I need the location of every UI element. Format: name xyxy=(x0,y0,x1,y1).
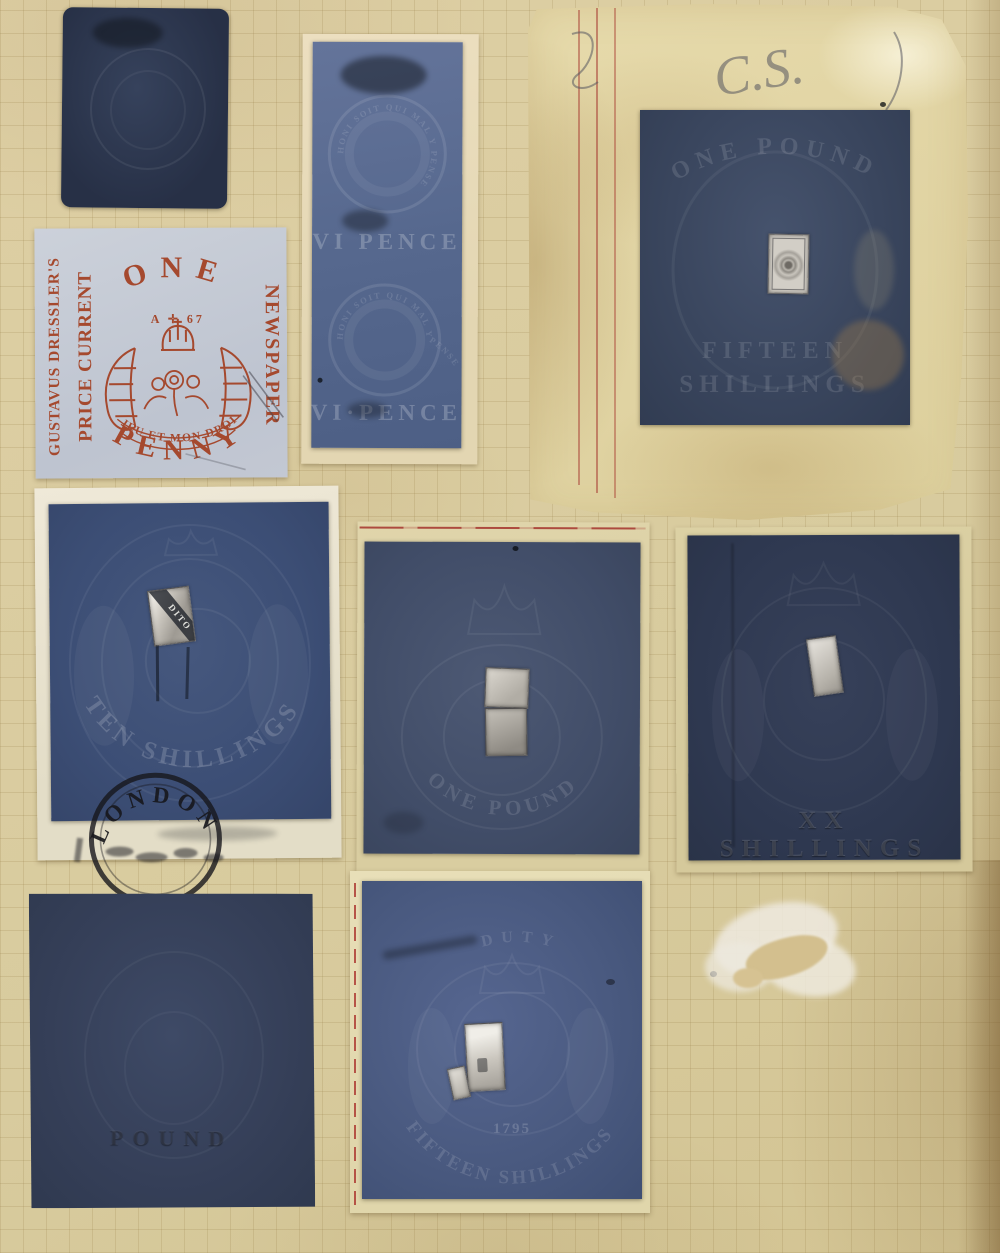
ink-smudge xyxy=(342,210,388,232)
crown-emboss-icon xyxy=(788,563,860,605)
foil-dark-band: DITO xyxy=(147,586,196,647)
newspaper-bottom-label: PENNY xyxy=(108,414,252,467)
ink-smudge xyxy=(347,402,387,418)
stamp-sixpence: HONI SOIT QUI MAL Y PENSE HONI SOIT QUI … xyxy=(311,42,462,449)
crown-emboss-icon xyxy=(468,586,540,634)
foil-slit xyxy=(156,645,159,701)
foil-frame xyxy=(772,238,806,291)
stain xyxy=(854,230,894,310)
stain xyxy=(384,812,424,834)
ink-smudge xyxy=(93,17,163,48)
abrasion-core-small xyxy=(733,968,763,988)
opf-value1: FIFTEEN xyxy=(702,338,848,364)
red-dashed-rule xyxy=(354,875,356,1205)
pencil-stroke xyxy=(886,32,902,110)
ink-smudge xyxy=(157,826,277,841)
svg-text:ONE POUND: ONE POUND xyxy=(667,133,883,186)
stamp-fifteen-backing: DUTY 1795 FIFTEEN SHILLINGS xyxy=(350,871,650,1213)
ink-fleck xyxy=(606,979,615,985)
svg-text:ONE: ONE xyxy=(118,251,233,295)
stamp-one-pound: ONE POUND xyxy=(363,542,640,855)
postmark-london: LONDON xyxy=(67,758,248,864)
album-page: ONE A ✛ 67 DIEU ET MON DROIT PENNY GUSTA… xyxy=(0,0,1000,1253)
foil-patch-group xyxy=(482,667,531,759)
svg-text:PENNY: PENNY xyxy=(108,414,252,467)
embossed-oval-inner xyxy=(124,1011,225,1126)
paper-damage xyxy=(705,898,870,1018)
pencil-squiggle xyxy=(572,32,598,88)
newspaper-left-outer-label: GUSTAVUS DRESSLER'S xyxy=(45,257,63,456)
stamp-dark-square xyxy=(61,7,229,209)
opf-top-label: ONE POUND xyxy=(667,133,883,186)
silver-foil-patch xyxy=(767,234,809,295)
stamp-newspaper-design: ONE A ✛ 67 DIEU ET MON DROIT PENNY GUSTA… xyxy=(34,227,287,478)
cornucopia-left-icon xyxy=(106,348,138,430)
silver-foil-tile xyxy=(484,667,530,709)
stamp-sixpence-backing: HONI SOIT QUI MAL Y PENSE HONI SOIT QUI … xyxy=(301,34,478,465)
stamp-fifteen-1795: DUTY 1795 FIFTEEN SHILLINGS xyxy=(362,881,642,1199)
silver-foil-patch: DITO xyxy=(147,586,196,647)
stamp-twenty-shillings: XX SHILLINGS xyxy=(687,535,960,861)
twenty-shillings-value: XX SHILLINGS xyxy=(688,807,960,864)
newspaper-right-label: NEWSPAPER xyxy=(261,284,284,426)
ink-fleck xyxy=(513,546,519,551)
dark-pound-value: POUND xyxy=(27,1124,315,1152)
stamp-one-pound-fifteen: ONE POUND FIFTEEN SHILLINGS xyxy=(640,110,910,425)
year-label: 1795 xyxy=(493,1121,531,1137)
stain xyxy=(832,320,904,390)
stamp-dark-pound: POUND xyxy=(27,892,317,1210)
duty-label: DUTY xyxy=(480,929,563,953)
silver-foil-tile xyxy=(485,708,528,757)
stamp-ten-shillings-backing: TEN SHILLINGS DITO LONDON xyxy=(34,486,341,861)
stamp-newspaper-backing: ONE A ✛ 67 DIEU ET MON DROIT PENNY GUSTA… xyxy=(34,227,287,478)
crown-emboss-icon xyxy=(480,955,544,993)
parchment-piece: C.S. ONE POUND FIFTEEN SHILLINGS xyxy=(528,4,968,520)
ink-smudge xyxy=(341,56,427,94)
newspaper-top-label: ONE xyxy=(118,251,233,295)
red-rule-line xyxy=(360,526,646,529)
page-edge-stain xyxy=(958,860,1000,1253)
sixpence-value-top: VI PENCE xyxy=(312,229,461,255)
stamp-twenty-shillings-backing: XX SHILLINGS xyxy=(675,526,972,872)
silver-foil-patch xyxy=(464,1022,506,1092)
crown-emboss-icon xyxy=(165,531,217,555)
handwriting-initials: C.S. xyxy=(709,35,807,108)
foil-mark xyxy=(477,1058,488,1073)
newspaper-left-inner-label: PRICE CURRENT xyxy=(75,271,97,442)
flower-bouquet-icon xyxy=(144,371,208,416)
sixpence-emboss: HONI SOIT QUI MAL Y PENSE HONI SOIT QUI … xyxy=(311,42,462,449)
ink-fleck xyxy=(318,378,323,383)
ink-fleck xyxy=(880,102,886,107)
stamp-one-pound-backing: ONE POUND xyxy=(356,521,649,872)
svg-text:DUTY: DUTY xyxy=(480,929,563,953)
